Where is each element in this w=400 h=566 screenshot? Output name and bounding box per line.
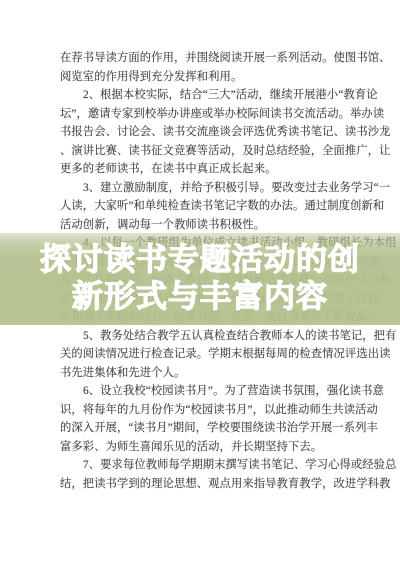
text-line: 活动创新，调动每一个教师读书积极性。 <box>60 216 380 235</box>
text-line: 3、建立激励制度，并给予积极引导。要改变过去业务学习“一 <box>60 179 380 198</box>
text-line: 2、根据本校实际，结合“三大”活动，继续开展港小“教育论 <box>60 86 380 105</box>
text-line: 识，将每年的九月份作为“校园读书月”，以此推动师生共读活动 <box>60 401 380 420</box>
text-line: 关的阅读情况进行检查记录。学期末根据每周的检查情况评选出读 <box>60 345 380 364</box>
text-line: 、演讲比赛、读书征文竞赛等活动，及时总结经验，全面推广，让 <box>60 142 380 161</box>
text-line: 阅览室的作用得到充分发挥和利用。 <box>60 68 380 87</box>
watermark-title-line2: 新形式与丰富内容 <box>0 278 400 315</box>
watermark-title-line1: 探讨读书专题活动的创 <box>0 241 400 278</box>
text-line: 坛”，邀请专家到校举办讲座或举办校际间读书交流活动。举办读 <box>60 105 380 124</box>
text-line: 人读，大家听”和单纯检查读书笔记字数的办法。通过制度创新和 <box>60 197 380 216</box>
text-line: 富多彩、为师生喜闻乐见的活动，并长期坚持下去。 <box>60 438 380 457</box>
text-line: 6、设立我校“校园读书月”。为了营造读书氛围，强化读书意 <box>60 382 380 401</box>
text-line: 结，把读书学到的理论思想、观点用来指导教育教学，改进学科教 <box>60 475 380 494</box>
document-page: 在荐书导读方面的作用，并围绕阅读开展一系列活动。使图书馆、 阅览室的作用得到充分… <box>0 0 400 566</box>
text-line: 7、要求每位教师每学期期末撰写读书笔记、学习心得或经验总 <box>60 456 380 475</box>
text-line: 书报告会、讨论会、读书交流座谈会评选优秀读书笔记、读书沙龙 <box>60 123 380 142</box>
text-line: 书先进集体和先进个人。 <box>60 364 380 383</box>
text-line: 5、教务处结合教学五认真检查结合教师本人的读书笔记，把有 <box>60 327 380 346</box>
text-line: 在荐书导读方面的作用，并围绕阅读开展一系列活动。使图书馆、 <box>60 49 380 68</box>
text-line: 更多的老师读书，在读书中真正成长起来。 <box>60 160 380 179</box>
text-line: 的深入开展，“读书月”期间，学校要围绕读书治学开展一系列丰 <box>60 419 380 438</box>
watermark-title: 探讨读书专题活动的创 新形式与丰富内容 <box>0 241 400 315</box>
